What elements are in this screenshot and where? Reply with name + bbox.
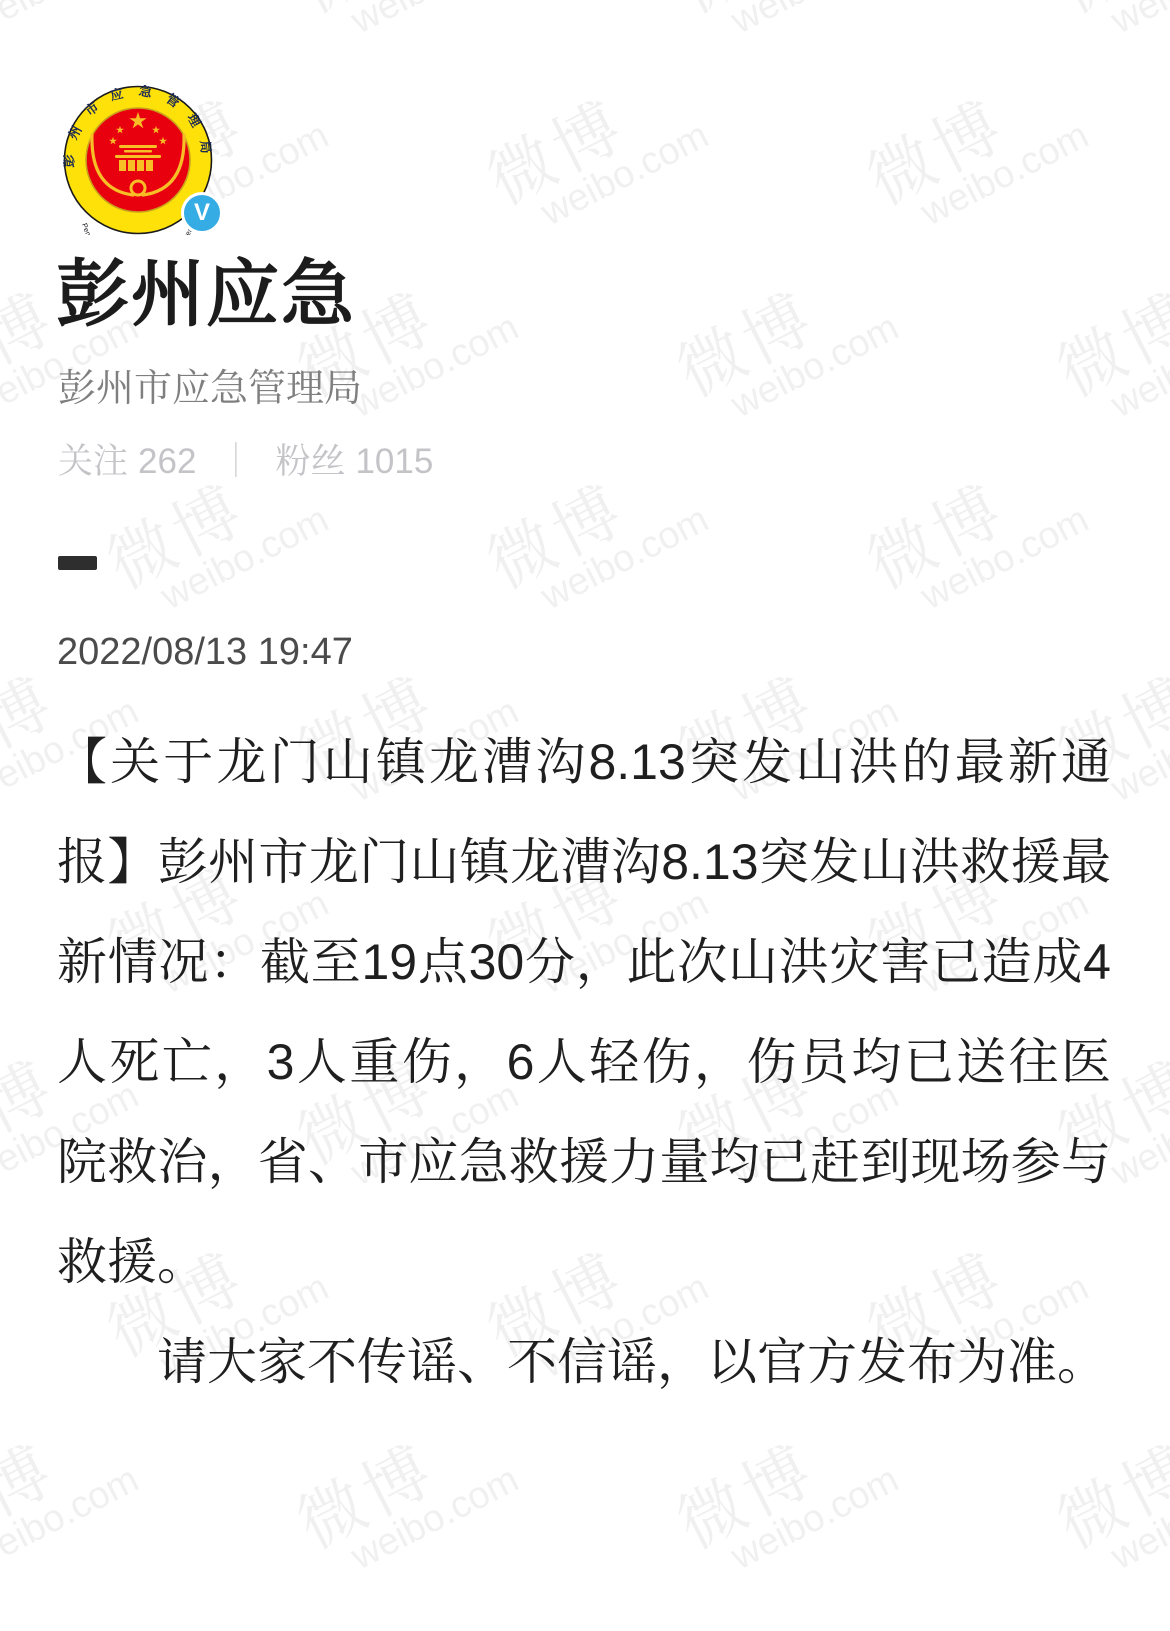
profile-name[interactable]: 彭州应急 [56, 258, 356, 331]
verified-letter: V [194, 201, 210, 225]
stats-separator: ｜ [218, 442, 253, 481]
weibo-watermark: 微博weibo.com [0, 0, 132, 55]
weibo-watermark: 微博weibo.com [858, 449, 1083, 631]
weibo-watermark: 微博weibo.com [668, 1409, 893, 1591]
verified-badge-icon: V [181, 192, 223, 234]
followers-label[interactable]: 粉丝 [275, 442, 345, 481]
post-timestamp: 2022/08/13 19:47 [57, 633, 353, 671]
followers-count[interactable]: 1015 [355, 442, 433, 481]
weibo-watermark: 微博weibo.com [1048, 257, 1170, 439]
weibo-watermark: 微博weibo.com [478, 65, 703, 247]
post-paragraph-1: 【关于龙门山镇龙漕沟8.13突发山洪的最新通报】彭州市龙门山镇龙漕沟8.13突发… [57, 712, 1111, 1312]
weibo-watermark: 微博weibo.com [478, 449, 703, 631]
divider-dash [58, 556, 97, 570]
weibo-watermark: 微博weibo.com [0, 1409, 132, 1591]
profile-description: 彭州市应急管理局 [58, 370, 362, 408]
weibo-watermark: 微博weibo.com [668, 257, 893, 439]
weibo-watermark: 微博weibo.com [668, 0, 893, 55]
post-paragraph-2: 请大家不传谣、不信谣，以官方发布为准。 [57, 1312, 1111, 1412]
following-label[interactable]: 关注 [58, 442, 128, 481]
following-count[interactable]: 262 [138, 442, 196, 481]
post-content: 【关于龙门山镇龙漕沟8.13突发山洪的最新通报】彭州市龙门山镇龙漕沟8.13突发… [57, 712, 1111, 1412]
profile-stats: 关注262｜粉丝1015 [58, 444, 433, 479]
weibo-watermark: 微博weibo.com [858, 65, 1083, 247]
avatar[interactable]: 彭州市应急管理局 Pengzhou Emergency Management B… [63, 85, 213, 235]
weibo-watermark: 微博weibo.com [288, 0, 513, 55]
weibo-watermark: 微博weibo.com [288, 1409, 513, 1591]
weibo-watermark: 微博weibo.com [1048, 0, 1170, 55]
weibo-post-page: 微博weibo.com微博weibo.com微博weibo.com微博weibo… [0, 0, 1170, 1631]
weibo-watermark: 微博weibo.com [1048, 1409, 1170, 1591]
